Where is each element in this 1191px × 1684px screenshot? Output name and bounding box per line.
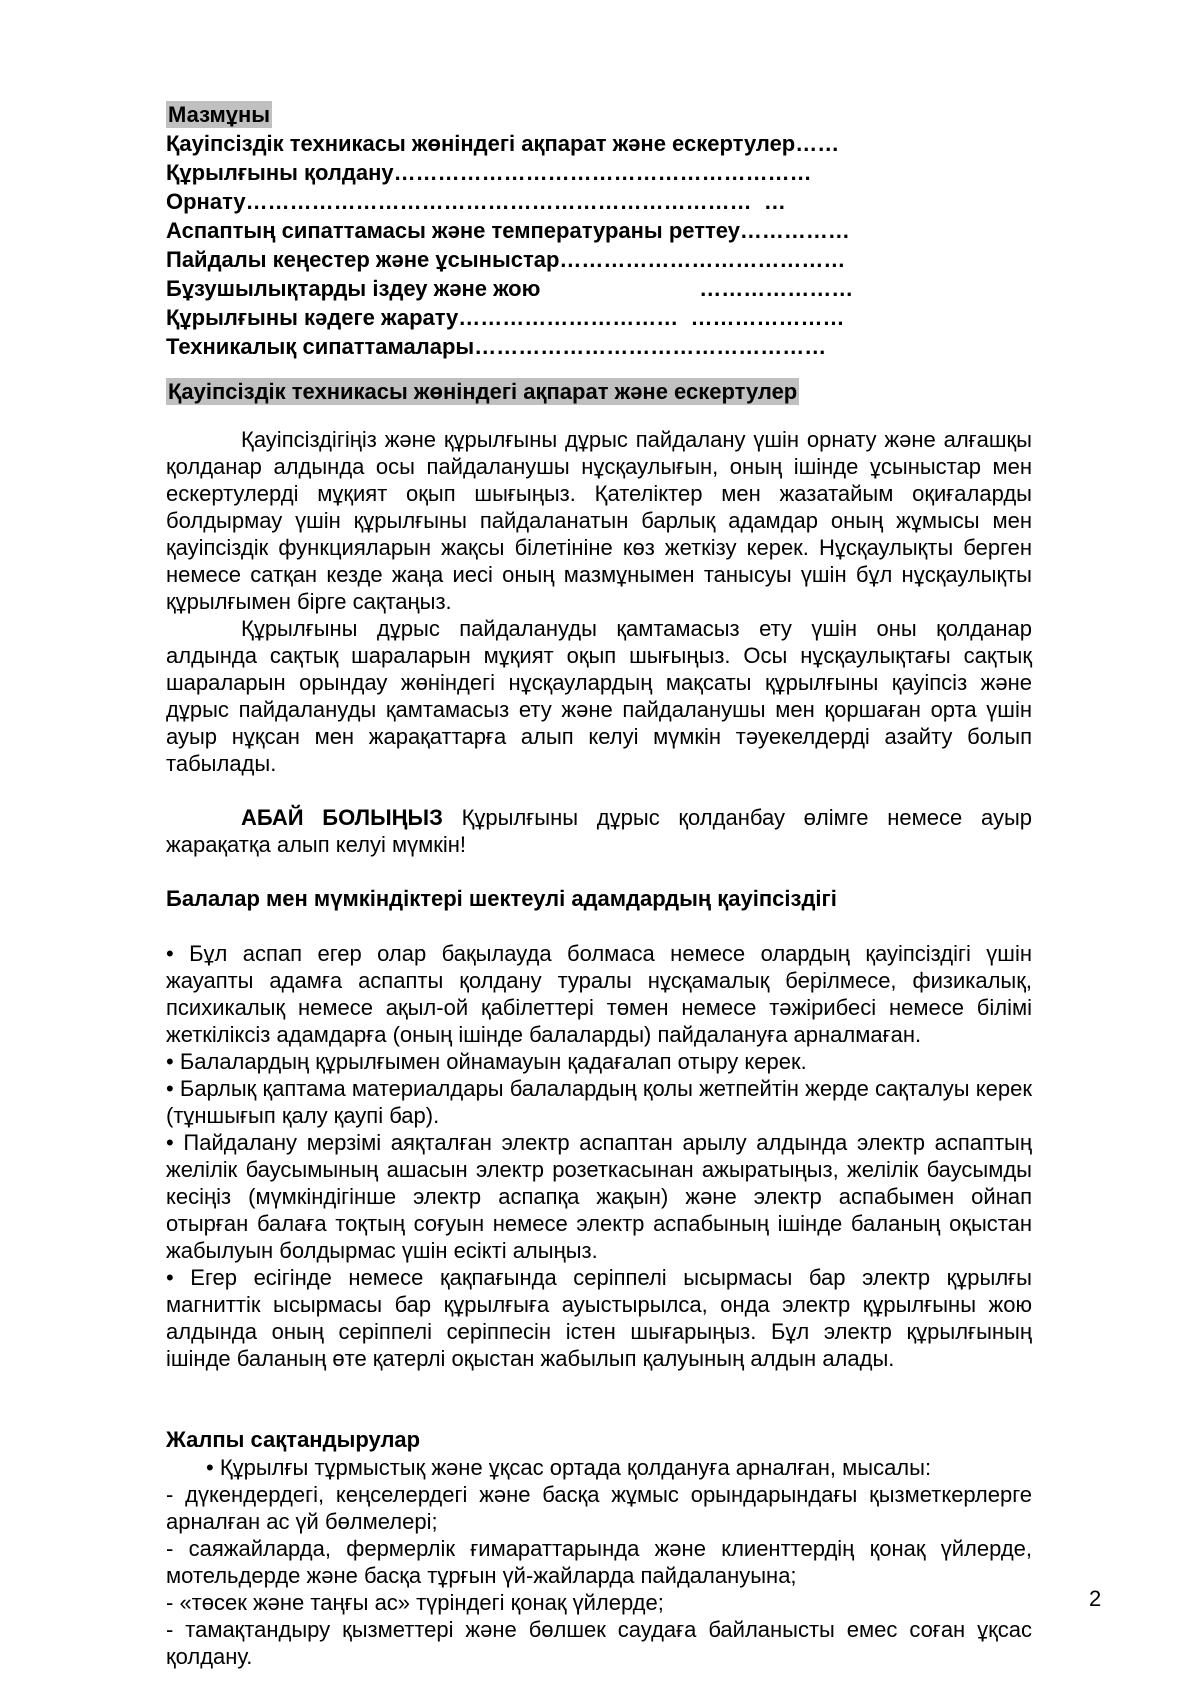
general-precautions-heading: Жалпы сақтандырулар — [166, 1426, 1032, 1454]
caution-paragraph: АБАЙ БОЛЫҢЫЗ Құрылғыны дұрыс қолданбау ө… — [166, 804, 1032, 858]
manual-page: Мазмұны Қауіпсіздік техникасы жөніндегі … — [0, 0, 1191, 1684]
bullet-end-of-life: • Пайдалану мерзімі аяқталған электр асп… — [166, 1129, 1032, 1264]
page-number: 2 — [1089, 1586, 1101, 1612]
table-of-contents: Мазмұны Қауіпсіздік техникасы жөніндегі … — [166, 100, 1032, 361]
toc-entry-tips: Пайдалы кеңестер және ұсыныстар………………………… — [166, 245, 1032, 274]
safety-paragraph-2: Құрылғыны дұрыс пайдалануды қамтамасыз е… — [166, 615, 1032, 777]
toc-entry-disposal: Құрылғыны кәдеге жарату………………………… ………………… — [166, 303, 1032, 332]
bullet-supervision-required: • Бұл аспап егер олар бақылауда болмаса … — [166, 940, 1032, 1048]
toc-title-line: Мазмұны — [166, 100, 1032, 129]
bullet-no-playing: • Балалардың құрылғымен ойнамауын қадаға… — [166, 1048, 1032, 1075]
general-precautions-intro: • Құрылғы тұрмыстық және ұқсас ортада қо… — [166, 1454, 1032, 1481]
toc-entry-troubleshooting: Бұзушылықтарды іздеу және жою ………………… — [166, 274, 1032, 303]
page-content: Мазмұны Қауіпсіздік техникасы жөніндегі … — [166, 100, 1032, 1670]
toc-title: Мазмұны — [166, 101, 272, 128]
bullet-packaging-materials: • Барлық қаптама материалдары балалардың… — [166, 1075, 1032, 1129]
safety-section-heading-line: Қауіпсіздік техникасы жөніндегі ақпарат … — [166, 377, 1032, 406]
toc-entry-description-temperature: Аспаптың сипаттамасы және температураны … — [166, 216, 1032, 245]
safety-section-heading: Қауіпсіздік техникасы жөніндегі ақпарат … — [166, 378, 799, 405]
general-item-bed-breakfast: - «төсек және таңғы ас» түріндегі қонақ … — [166, 1589, 1032, 1616]
safety-paragraph-1: Қауіпсіздігіңіз және құрылғыны дұрыс пай… — [166, 426, 1032, 615]
toc-entry-specifications: Техникалық сипаттамалары………………………………………… — [166, 332, 1032, 361]
general-item-cottages: - саяжайларда, фермерлік ғимараттарында … — [166, 1535, 1032, 1589]
bullet-spring-latch: • Егер есігінде немесе қақпағында серіпп… — [166, 1264, 1032, 1372]
children-safety-bullets: • Бұл аспап егер олар бақылауда болмаса … — [166, 940, 1032, 1372]
toc-entry-safety-info: Қауіпсіздік техникасы жөніндегі ақпарат … — [166, 129, 1032, 158]
general-item-kitchens: - дүкендердегі, кеңселердегі және басқа … — [166, 1481, 1032, 1535]
caution-label: АБАЙ БОЛЫҢЫЗ — [241, 805, 443, 830]
children-safety-heading: Балалар мен мүмкіндіктері шектеулі адамд… — [166, 885, 1032, 913]
general-item-catering: - тамақтандыру қызметтері және бөлшек са… — [166, 1616, 1032, 1670]
toc-entry-using-device: Құрылғыны қолдану………………………………………………… — [166, 158, 1032, 187]
toc-entry-installation: Орнату…………………………………………………………… … — [166, 187, 1032, 216]
